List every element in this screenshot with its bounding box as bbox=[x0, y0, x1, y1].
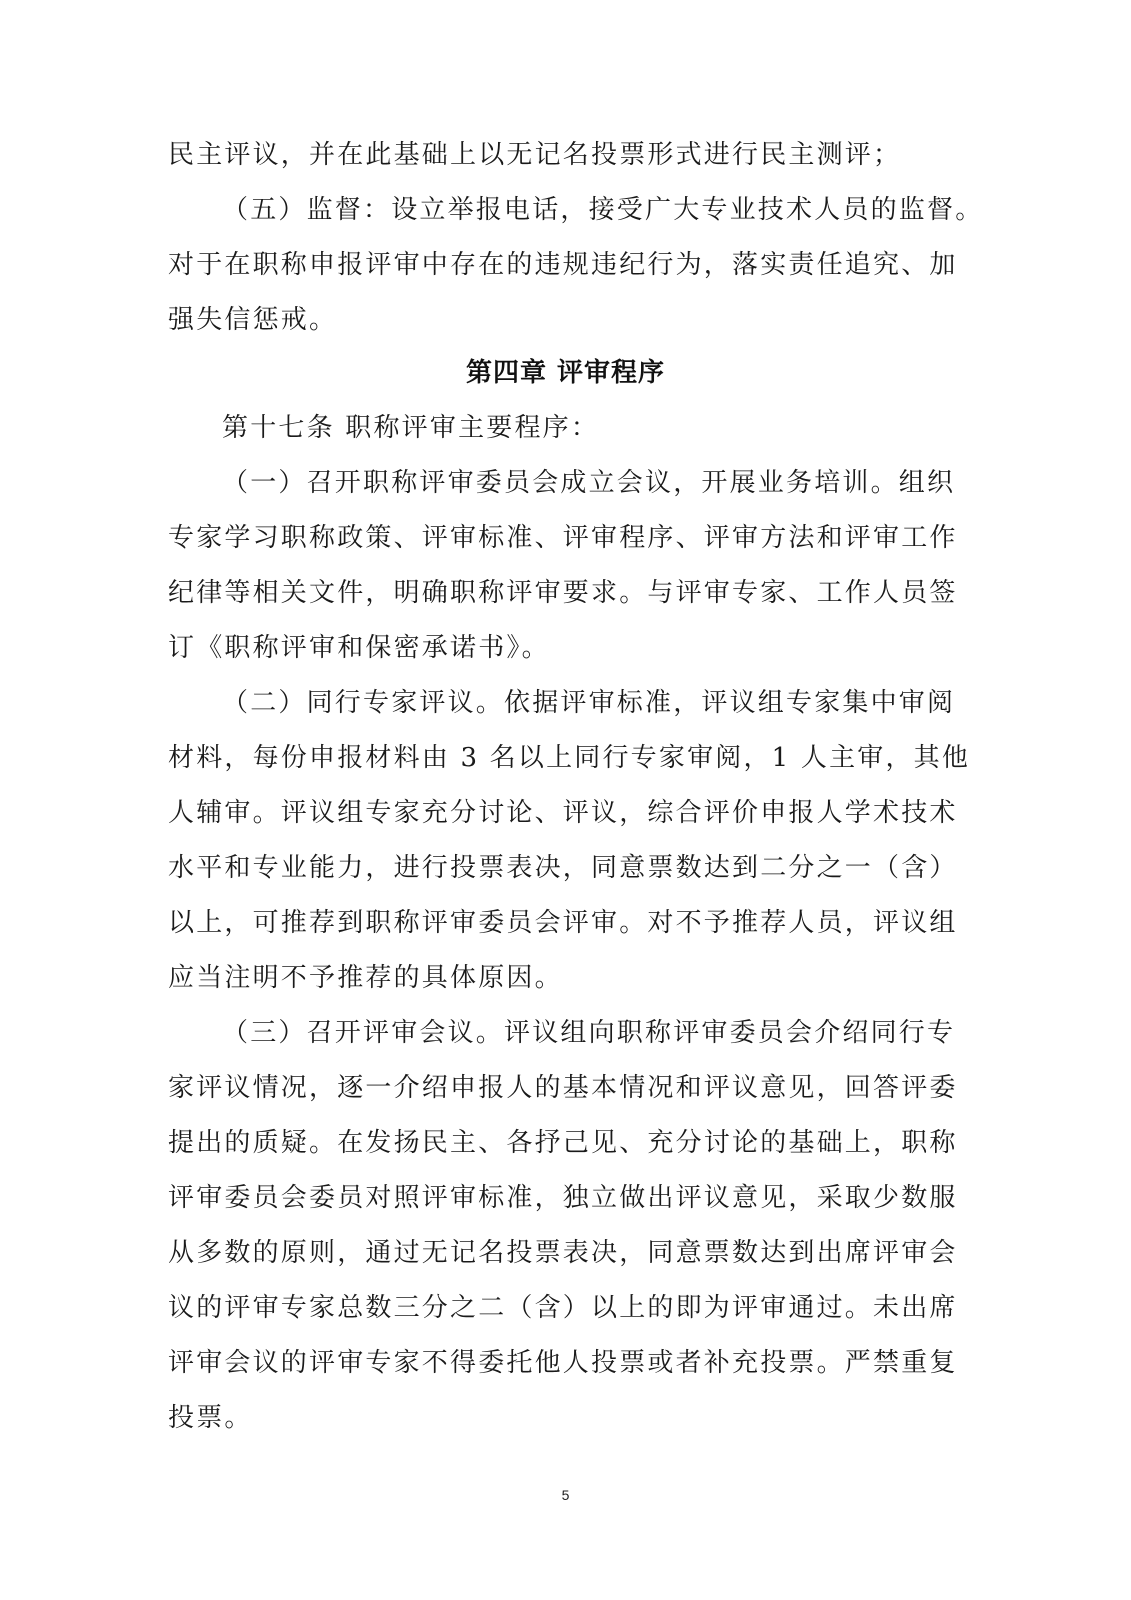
text-line: 纪律等相关文件，明确职称评审要求。与评审专家、工作人员签 bbox=[168, 578, 943, 608]
text-line: 议的评审专家总数三分之二（含）以上的即为评审通过。未出席 bbox=[168, 1293, 943, 1323]
text-line: （五）监督：设立举报电话，接受广大专业技术人员的监督。 bbox=[222, 195, 943, 225]
text-line: 从多数的原则，通过无记名投票表决，同意票数达到出席评审会 bbox=[168, 1238, 943, 1268]
text-line: 评审会议的评审专家不得委托他人投票或者补充投票。严禁重复 bbox=[168, 1348, 943, 1378]
text-line: 以上，可推荐到职称评审委员会评审。对不予推荐人员，评议组 bbox=[168, 908, 943, 938]
text-line: 应当注明不予推荐的具体原因。 bbox=[168, 963, 943, 993]
chapter-heading: 第四章 评审程序 bbox=[0, 358, 1131, 388]
text-line: 提出的质疑。在发扬民主、各抒己见、充分讨论的基础上，职称 bbox=[168, 1128, 943, 1158]
article-title: 第十七条 职称评审主要程序： bbox=[222, 413, 943, 443]
text-line: （一）召开职称评审委员会成立会议，开展业务培训。组织 bbox=[222, 468, 943, 498]
text-line: 对于在职称申报评审中存在的违规违纪行为，落实责任追究、加 bbox=[168, 250, 943, 280]
document-page: 民主评议，并在此基础上以无记名投票形式进行民主测评； （五）监督：设立举报电话，… bbox=[0, 0, 1131, 1600]
text-line: 专家学习职称政策、评审标准、评审程序、评审方法和评审工作 bbox=[168, 523, 943, 553]
text-line: 人辅审。评议组专家充分讨论、评议，综合评价申报人学术技术 bbox=[168, 798, 943, 828]
page-number: 5 bbox=[0, 1487, 1131, 1503]
text-line: 民主评议，并在此基础上以无记名投票形式进行民主测评； bbox=[168, 140, 943, 170]
text-line: （三）召开评审会议。评议组向职称评审委员会介绍同行专 bbox=[222, 1018, 943, 1048]
text-line: 强失信惩戒。 bbox=[168, 305, 943, 335]
text-line: 家评议情况，逐一介绍申报人的基本情况和评议意见，回答评委 bbox=[168, 1073, 943, 1103]
text-line: 水平和专业能力，进行投票表决，同意票数达到二分之一（含） bbox=[168, 853, 943, 883]
text-line: 投票。 bbox=[168, 1403, 943, 1433]
text-line: 订《职称评审和保密承诺书》。 bbox=[168, 633, 943, 663]
text-line: （二）同行专家评议。依据评审标准，评议组专家集中审阅 bbox=[222, 688, 943, 718]
text-line: 评审委员会委员对照评审标准，独立做出评议意见，采取少数服 bbox=[168, 1183, 943, 1213]
text-line: 材料，每份申报材料由 3 名以上同行专家审阅，1 人主审，其他 bbox=[168, 743, 943, 773]
